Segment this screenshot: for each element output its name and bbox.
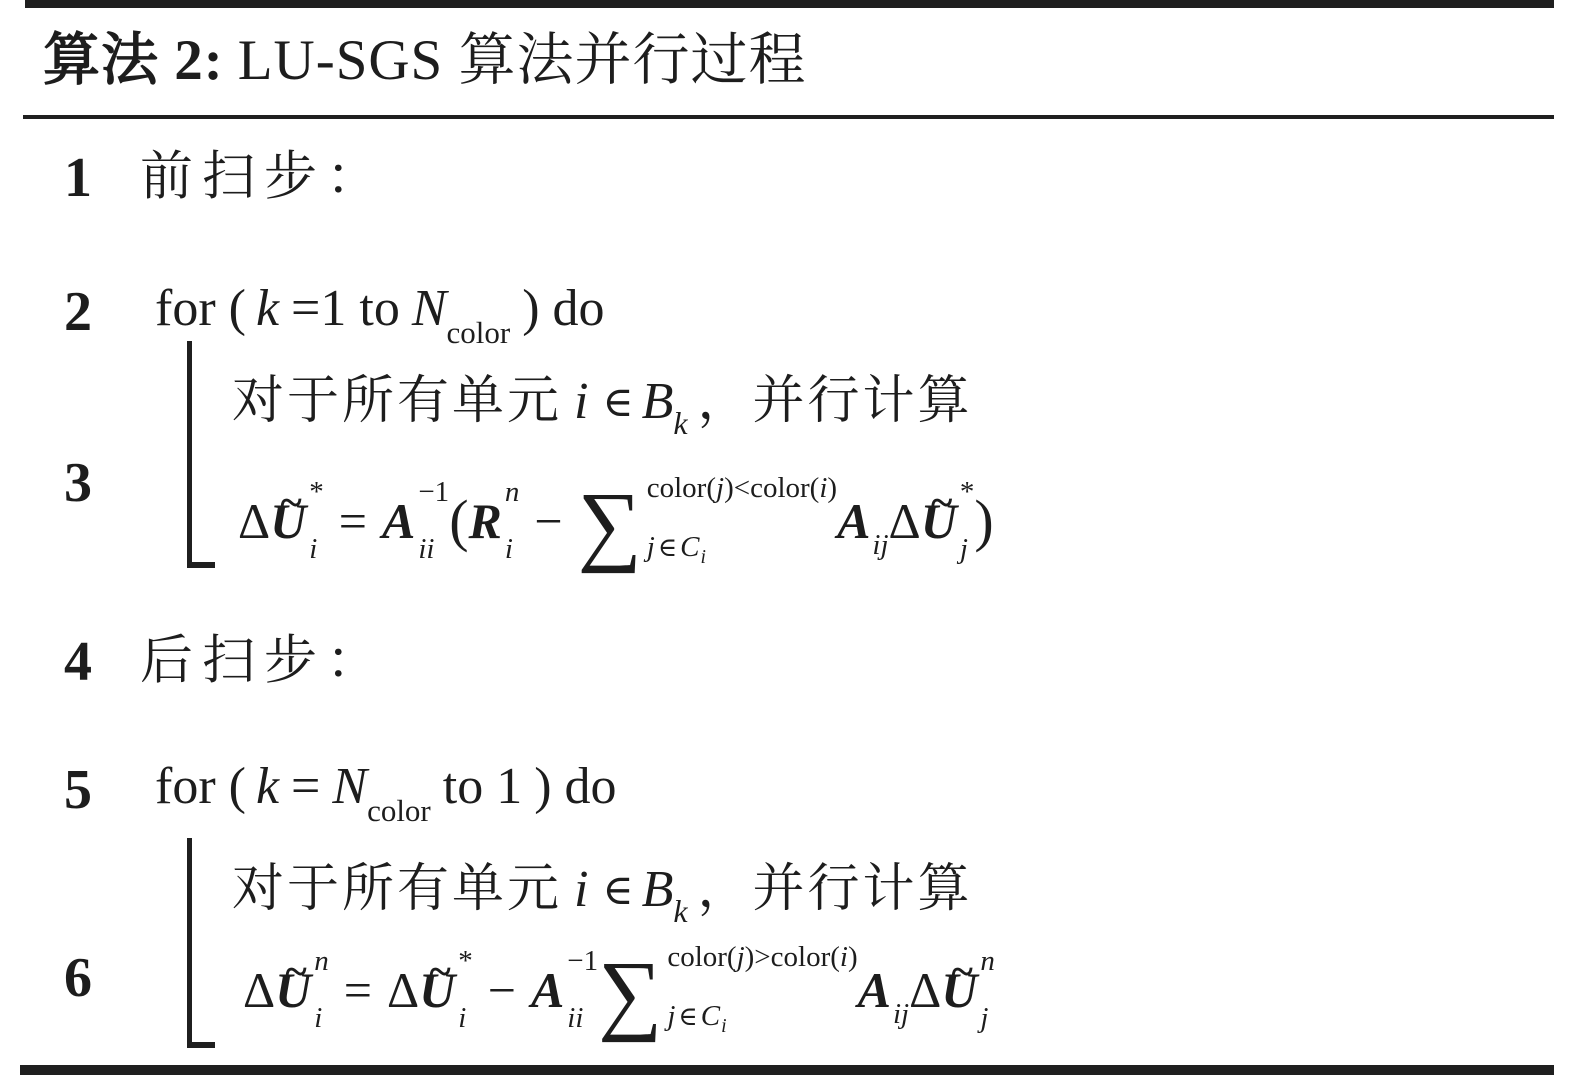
loop-variable: k [256,758,279,815]
delta-U-star-i: ~U *i [419,947,473,1033]
summation-index: j∈Ci [647,533,706,568]
color-set-B: B [642,861,674,918]
delta-U-star-i: ~U *i [270,478,324,564]
right-paren: ) [974,492,993,550]
keyword-do: ) do [534,758,616,815]
A-ii-inverse: A −1ii [382,478,449,564]
parallel-compute-desc-2: 对于所有单元i∈Bk，并行计算 [232,860,973,930]
minus-sign: − [534,496,562,546]
summation: ∑ color(j)>color(i) j∈Ci [598,943,857,1037]
summation-index: j∈Ci [667,1002,726,1037]
delta-U-n-j: ~U nj [941,947,995,1033]
element-of-symbol: ∈ [602,868,633,914]
sigma-symbol: ∑ [578,489,642,561]
residual-R-n-i: R ni [469,478,520,564]
line-number-6: 6 [52,950,104,1006]
delta-symbol: Δ [243,965,275,1015]
summation: ∑ color(j)<color(i) j∈Ci [578,474,837,568]
keyword-for: for ( [155,280,246,337]
summation-condition: color(j)<color(i) [647,474,837,503]
A-ij: Aij [858,965,909,1015]
loop-range-end: to 1 [443,758,522,815]
left-paren: ( [449,492,468,550]
for-loop-header-backward: for (k=Ncolorto 1) do [155,758,617,828]
line-number-4: 4 [52,634,104,690]
color-set-B-subscript: k [673,405,687,441]
algorithm-title-text: LU-SGS 算法并行过程 [238,29,807,92]
delta-symbol: Δ [889,496,921,546]
ncolor-symbol: N [412,280,447,337]
delta-symbol: Δ [909,965,941,1015]
line-number-3: 3 [52,455,104,511]
loop-assign: = [291,758,320,815]
equals-sign: = [344,965,372,1015]
algorithm-box: 算法 2:LU-SGS 算法并行过程 1 2 3 4 5 6 前扫步： for … [0,0,1575,1075]
cell-index-i: i [574,373,588,430]
color-set-B-subscript: k [673,893,687,929]
delta-symbol: Δ [238,496,270,546]
for-loop-header-forward: for (k=1 toNcolor) do [155,280,605,350]
tilde-accent: ~ [931,482,952,523]
cell-index-i: i [574,861,588,918]
bottom-rule [20,1065,1554,1075]
step-backward-sweep-label: 后扫步： [140,632,388,690]
element-of-symbol: ∈ [602,380,633,426]
A-ij: Aij [837,496,888,546]
desc-text-post: ，并行计算 [698,373,973,430]
delta-U-star-j: ~U *j [921,478,975,564]
delta-U-n-i: ~U ni [275,947,329,1033]
loop-scope-line-1 [187,341,192,568]
summation-condition: color(j)>color(i) [667,943,857,972]
tilde-accent: ~ [285,951,306,992]
sigma-symbol: ∑ [598,958,662,1030]
line-number-2: 2 [52,284,104,340]
desc-text-post: ，并行计算 [698,861,973,918]
desc-text-pre: 对于所有单元 [232,861,562,918]
loop-scope-foot-1 [187,562,215,568]
top-rule [25,0,1554,8]
desc-text-pre: 对于所有单元 [232,373,562,430]
line-number-5: 5 [52,762,104,818]
loop-scope-line-2 [187,838,192,1042]
loop-scope-foot-2 [187,1042,215,1048]
loop-range-start: =1 to [291,280,400,337]
forward-sweep-formula: Δ ~U *i = A −1ii ( R ni − ∑ color(j)<col… [238,463,994,579]
line-number-1: 1 [52,150,104,206]
ncolor-symbol: N [332,758,367,815]
delta-symbol: Δ [387,965,419,1015]
equals-sign: = [339,496,367,546]
title-rule [23,115,1554,119]
tilde-accent: ~ [280,482,301,523]
keyword-do: ) do [522,280,604,337]
algorithm-title-number: 算法 2: [43,29,224,92]
ncolor-subscript: color [367,793,431,828]
keyword-for: for ( [155,758,246,815]
minus-sign: − [488,965,516,1015]
parallel-compute-desc-1: 对于所有单元i∈Bk，并行计算 [232,372,973,442]
step-forward-sweep-label: 前扫步： [140,148,388,206]
backward-sweep-formula: Δ ~U ni = Δ ~U *i − A −1ii ∑ color(j)>co… [243,932,995,1048]
tilde-accent: ~ [952,951,973,992]
ncolor-subscript: color [447,315,511,350]
loop-variable: k [256,280,279,337]
tilde-accent: ~ [429,951,450,992]
color-set-B: B [642,373,674,430]
algorithm-title: 算法 2:LU-SGS 算法并行过程 [43,28,807,94]
A-ii-inverse: A −1ii [531,947,598,1033]
